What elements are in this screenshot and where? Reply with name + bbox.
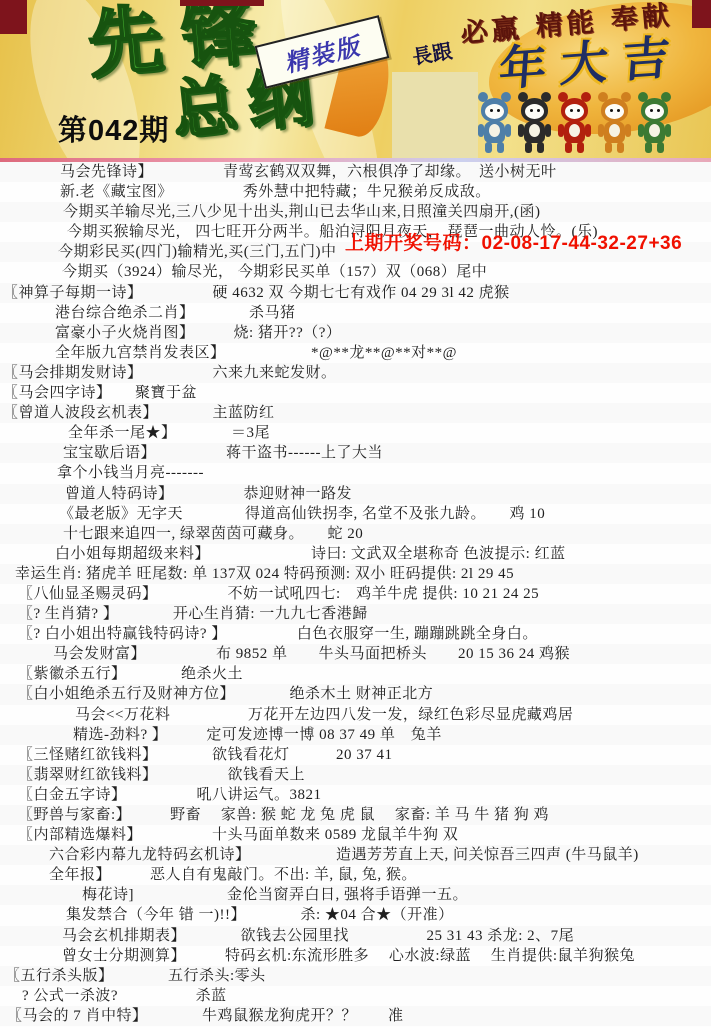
body-line: 幸运生肖: 猪虎羊 旺尾数: 单 137双 024 特码预测: 双小 旺码提供:… — [0, 564, 711, 584]
mascot-part — [665, 124, 671, 137]
mascot-part — [617, 142, 624, 153]
fuwa-mascot-icon — [478, 94, 511, 156]
body-line: 白小姐每期超级来料】 诗曰: 文武双全堪称奇 色波提示: 红蓝 — [0, 544, 711, 564]
body-line: 〖翡翠财红欲钱料】 欲钱看天上 — [0, 765, 711, 785]
mascot-row — [478, 94, 671, 156]
mascot-part — [617, 109, 620, 112]
body-line: 全年杀一尾★】 ＝3尾 — [0, 423, 711, 443]
mascot-part — [565, 104, 584, 119]
mascot-part — [645, 104, 664, 119]
body-line: 拿个小钱当月亮------- — [0, 463, 711, 483]
mascot-part — [485, 104, 504, 119]
body-line: 曾女士分期测算】 特码玄机:东流形胜多 心水波:绿蓝 生肖提供:鼠羊狗猴兔 — [0, 946, 711, 966]
body-line: 富豪小子火烧肖图】 烧: 猪开??（?） — [0, 323, 711, 343]
mascot-part — [657, 109, 660, 112]
body-line: 全年报】 恶人自有鬼敲门。不出: 羊, 鼠, 兔, 猴。 — [0, 865, 711, 885]
mascot-part — [577, 142, 584, 153]
body-line: 宝宝歇后语】 蒋干盗书------上了大当 — [0, 443, 711, 463]
last-draw-numbers: 上期开奖号码：02-08-17-44-32-27+36 — [345, 228, 711, 255]
body-line: 今期买（3924）输尽光， 今期彩民买单（157）双（068）尾中 — [0, 262, 711, 282]
fuwa-mascot-icon — [518, 94, 551, 156]
mascot-part — [505, 124, 511, 137]
body-line: 《最老版》无字天 得道高仙铁拐李, 名堂不及张九龄。 鸡 10 — [0, 504, 711, 524]
mascot-part — [485, 142, 492, 153]
body-line: 马会玄机排期表】 欲钱去公园里找 25 31 43 杀龙: 2、7尾 — [0, 926, 711, 946]
mascot-part — [570, 109, 573, 112]
scan-artifact — [692, 0, 711, 28]
body-line: 〖马会四字诗】 聚寶于盆 — [0, 383, 711, 403]
mascot-part — [525, 104, 544, 119]
mascot-part — [565, 142, 572, 153]
mascot-part — [605, 104, 624, 119]
masthead: 必赢 精能 奉献 長跟 年大吉 先锋 总纲 精装版 第042期 — [0, 0, 711, 158]
body-line: 马会先锋诗】 青莺玄鹤双双舞，六根俱净了却缘。 送小树无叶 — [0, 162, 711, 182]
body-line: 〖神算子每期一诗】 硬 4632 双 今期七七有戏作 04 29 3l 42 虎… — [0, 283, 711, 303]
scan-artifact — [180, 0, 264, 6]
fuwa-mascot-icon — [638, 94, 671, 156]
mascot-part — [605, 142, 612, 153]
body-line: 〖八仙显圣赐灵码】 不妨一试吼四七: 鸡羊牛虎 提供: 10 21 24 25 — [0, 584, 711, 604]
mascot-part — [537, 142, 544, 153]
mascot-part — [530, 109, 533, 112]
mascot-part — [609, 124, 620, 137]
body-line: 〖马会排期发财诗】 六来九来蛇发财。 — [0, 363, 711, 383]
body-line: 〖三怪赌红欲钱料】 欲钱看花灯 20 37 41 — [0, 745, 711, 765]
mascot-part — [497, 109, 500, 112]
mascot-part — [489, 124, 500, 137]
blank-patch — [392, 72, 478, 158]
body-line: 马会<<万花料 万花开左边四八发一发，绿红色彩尽显虎藏鸡居 — [0, 705, 711, 725]
mascot-part — [525, 142, 532, 153]
body-line: 〖五行杀头版】 五行杀头:零头 — [0, 966, 711, 986]
body-line: ? 公式一杀波? 杀蓝 — [0, 986, 711, 1006]
issue-number: 第042期 — [58, 108, 169, 149]
body-line: 〖内部精选爆料】 十头马面单数来 0589 龙鼠羊牛狗 双 — [0, 825, 711, 845]
mascot-part — [625, 124, 631, 137]
big-right-text: 年大吉 — [497, 20, 686, 100]
body-line: 〖曾道人波段玄机表】 主蓝防红 — [0, 403, 711, 423]
body-line: 精选-劲料? 】 定可发迹博一博 08 37 49 单 兔羊 — [0, 725, 711, 745]
fuwa-mascot-icon — [558, 94, 591, 156]
body-line: 〖? 白小姐出特赢钱特码诗? 】 白色衣服穿一生, 蹦蹦跳跳全身白。 — [0, 624, 711, 644]
fuwa-mascot-icon — [598, 94, 631, 156]
body-line: 集发禁合（今年 错 一)!!】 杀: ★04 合★（开准） — [0, 905, 711, 925]
mascot-part — [545, 124, 551, 137]
body-line: 梅花诗] 金伦当窗弄白日, 强将手语弹一五。 — [0, 885, 711, 905]
body-line: 曾道人特码诗】 恭迎财神一路发 — [0, 484, 711, 504]
mascot-part — [537, 109, 540, 112]
mascot-part — [610, 109, 613, 112]
body-line: 港台综合绝杀二肖】 杀马猪 — [0, 303, 711, 323]
mascot-part — [650, 109, 653, 112]
body-line: 〖野兽与家畜:】 野畜 家兽: 猴 蛇 龙 兔 虎 鼠 家畜: 羊 马 牛 猪 … — [0, 805, 711, 825]
tagline-text: 長跟 — [410, 35, 454, 71]
mascot-part — [490, 109, 493, 112]
body-line: 新.老《藏宝图》 秀外慧中把特藏；牛兄猴弟反成敌。 — [0, 182, 711, 202]
mascot-part — [497, 142, 504, 153]
body-line: 全年版九宫禁肖发表区】 *@**龙**@**对**@ — [0, 343, 711, 363]
mascot-part — [585, 124, 591, 137]
body-line: 〖紫徽杀五行】 绝杀火土 — [0, 664, 711, 684]
mascot-part — [649, 124, 660, 137]
body-line: 今期买羊输尽光,三八少见十出头,荆山已去华山来,日照潼关四扇开,(函) — [0, 202, 711, 222]
body-line: 马会发财富】 布 9852 单 牛头马面把桥头 20 15 36 24 鸡猴 — [0, 644, 711, 664]
mascot-part — [645, 142, 652, 153]
mascot-part — [657, 142, 664, 153]
mascot-part — [577, 109, 580, 112]
mascot-part — [569, 124, 580, 137]
body-line: 〖? 生肖猜? 】 开心生肖猜: 一九九七香港歸 — [0, 604, 711, 624]
body-line: 〖白小姐绝杀五行及财神方位】 绝杀木土 财神正北方 — [0, 684, 711, 704]
body-line: 〖马会的 7 肖中特】 牛鸡鼠猴龙狗虎开？？ 准 — [0, 1006, 711, 1026]
mascot-part — [529, 124, 540, 137]
body-lines: 马会先锋诗】 青莺玄鹤双双舞，六根俱净了却缘。 送小树无叶新.老《藏宝图》 秀外… — [0, 162, 711, 1026]
body-line: 十七跟来追四一, 绿翠茵茵可藏身。 蛇 20 — [0, 524, 711, 544]
body-line: 六合彩内幕九龙特码玄机诗】 造遇芳芳直上天, 问关惊吾三四声 (牛马鼠羊) — [0, 845, 711, 865]
body-text-sheet: 马会先锋诗】 青莺玄鹤双双舞，六根俱净了却缘。 送小树无叶新.老《藏宝图》 秀外… — [0, 162, 711, 1027]
tip-sheet-page: 必赢 精能 奉献 長跟 年大吉 先锋 总纲 精装版 第042期 马会先锋诗】 青… — [0, 0, 711, 1027]
scan-artifact — [0, 0, 27, 34]
body-line: 〖白金五字诗】 吼八讲运气。3821 — [0, 785, 711, 805]
